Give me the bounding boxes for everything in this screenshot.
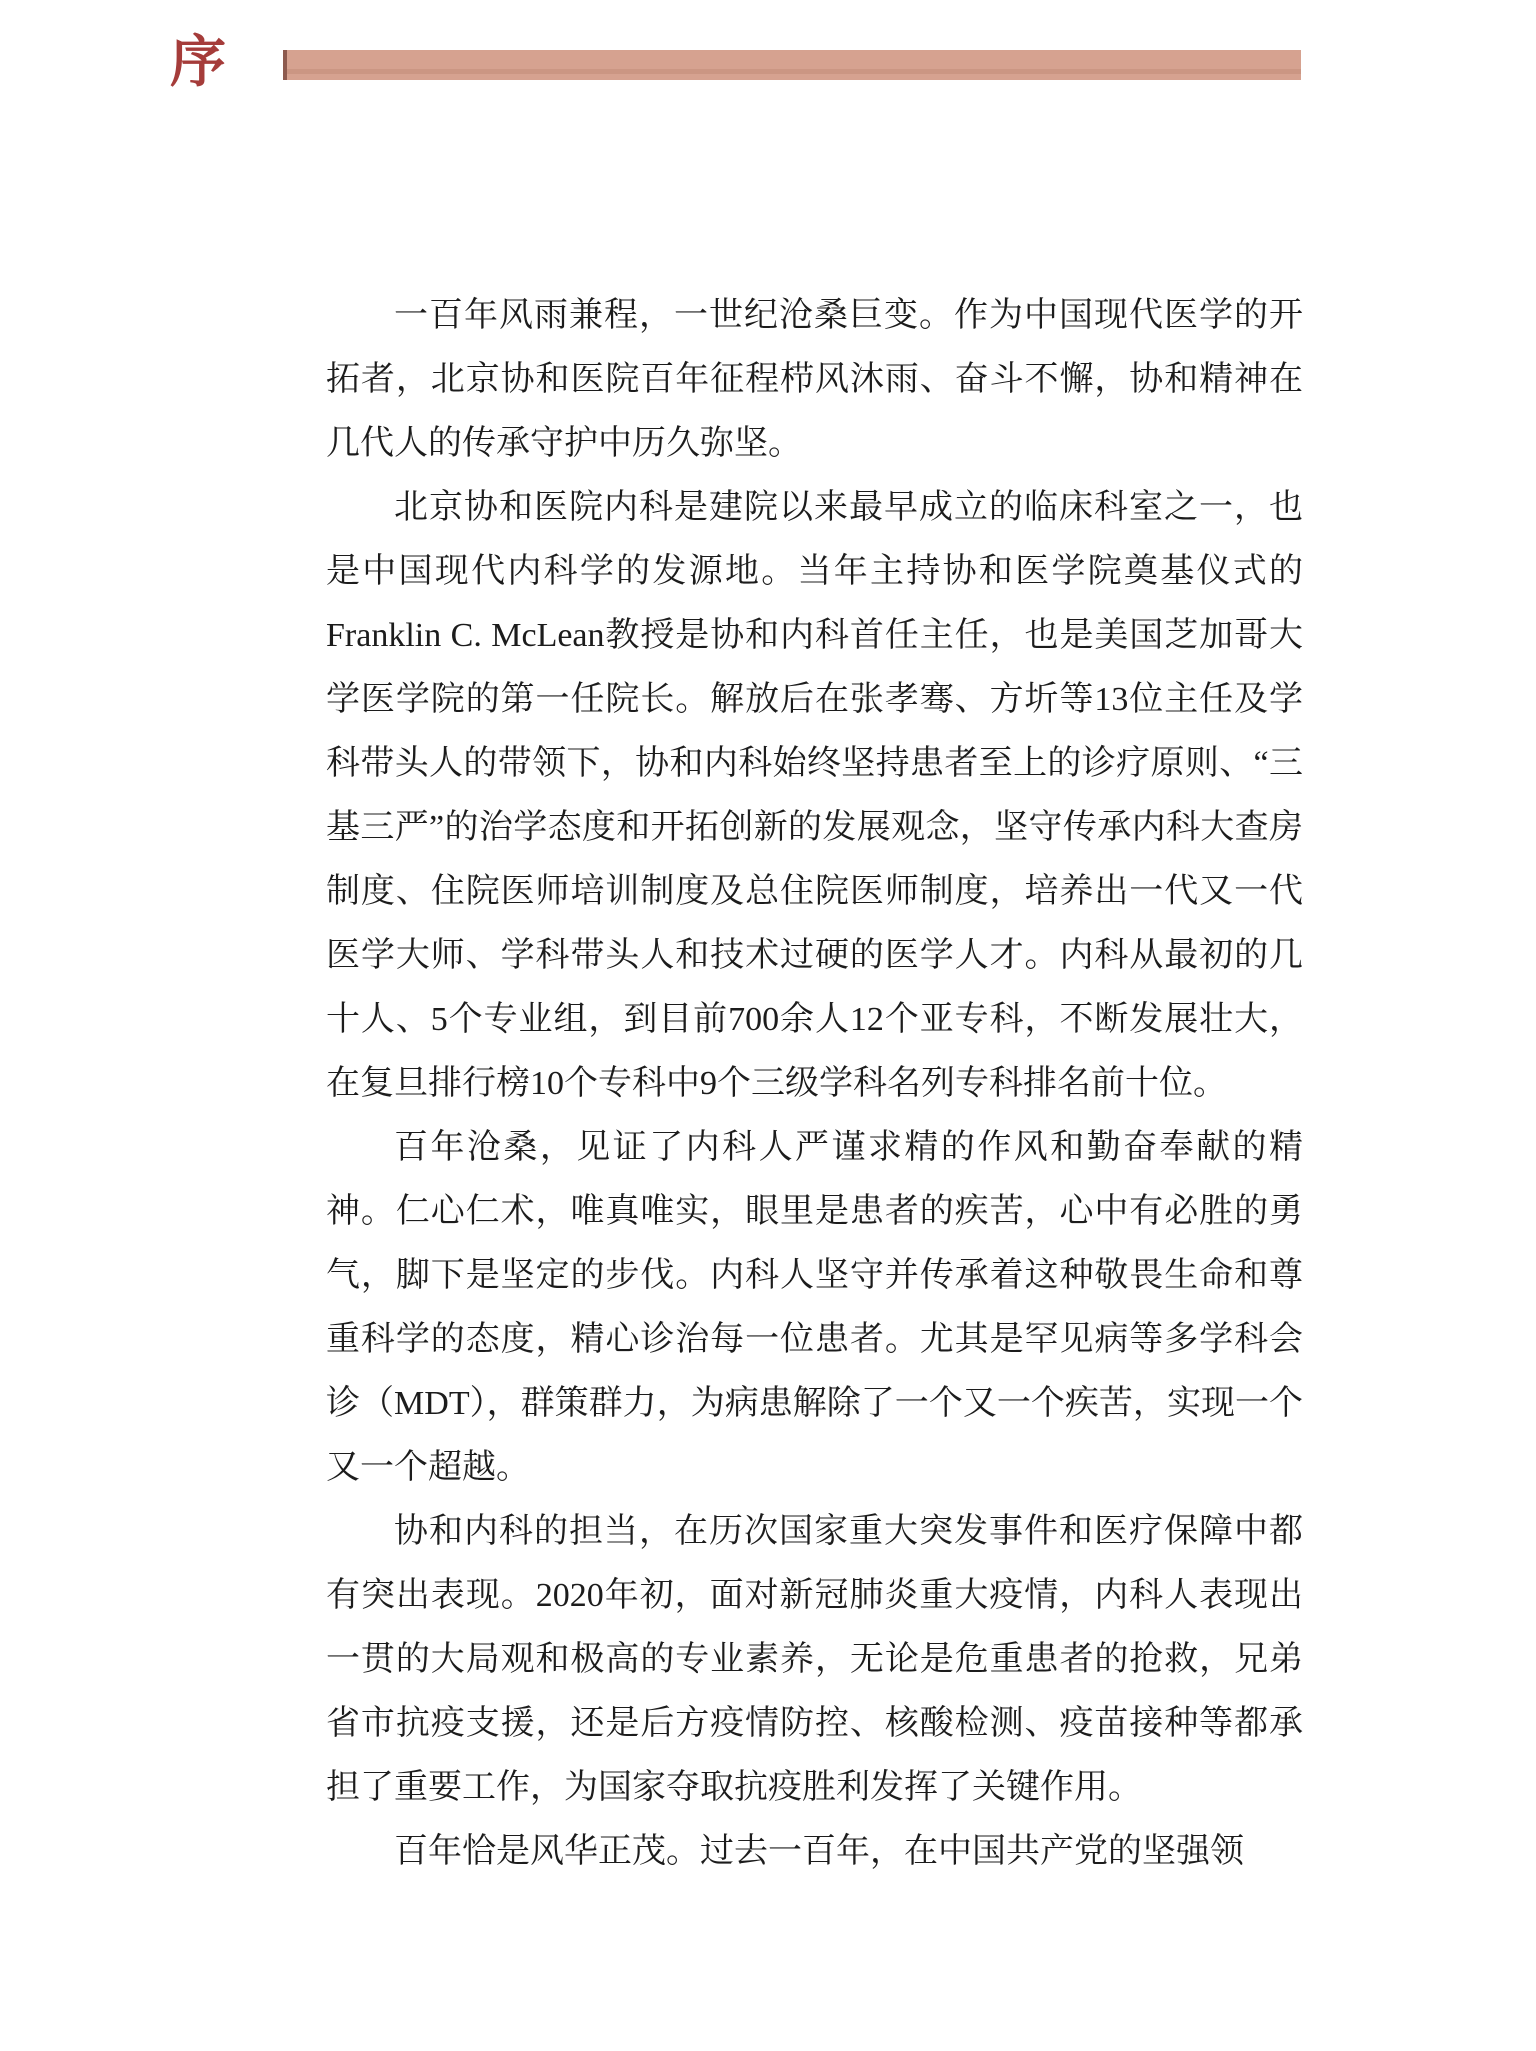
page-title: 序	[170, 34, 226, 92]
paragraph: 百年沧桑，见证了内科人严谨求精的作风和勤奋奉献的精神。仁心仁术，唯真唯实，眼里是…	[326, 1116, 1303, 1500]
preface-body: 一百年风雨兼程，一世纪沧桑巨变。作为中国现代医学的开拓者，北京协和医院百年征程栉…	[326, 284, 1303, 1884]
accent-bar	[283, 50, 1301, 80]
paragraph: 百年恰是风华正茂。过去一百年，在中国共产党的坚强领	[326, 1820, 1303, 1884]
paragraph: 协和内科的担当，在历次国家重大突发事件和医疗保障中都有突出表现。2020年初，面…	[326, 1500, 1303, 1820]
paragraph: 一百年风雨兼程，一世纪沧桑巨变。作为中国现代医学的开拓者，北京协和医院百年征程栉…	[326, 284, 1303, 476]
paragraph: 北京协和医院内科是建院以来最早成立的临床科室之一，也是中国现代内科学的发源地。当…	[326, 476, 1303, 1116]
preface-page: 序 一百年风雨兼程，一世纪沧桑巨变。作为中国现代医学的开拓者，北京协和医院百年征…	[0, 0, 1536, 2051]
